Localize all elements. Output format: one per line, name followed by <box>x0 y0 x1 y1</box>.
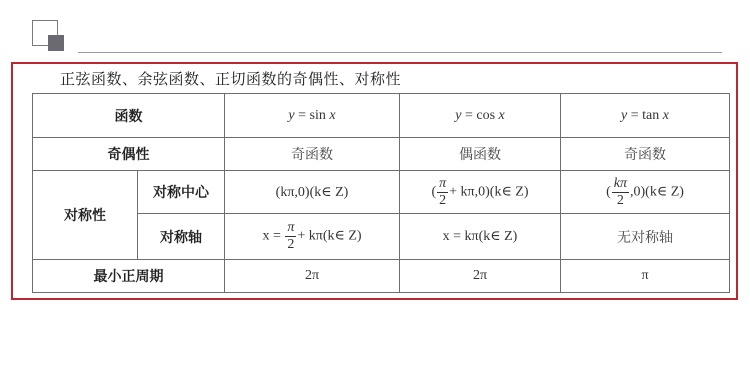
expression-rest: ,0)(k∈ Z) <box>630 184 684 199</box>
expression-rest: + kπ,0)(k∈ Z) <box>449 184 528 199</box>
fraction: π2 <box>437 177 448 208</box>
fn-sin: sin <box>310 108 330 123</box>
fraction: π2 <box>285 221 296 252</box>
paren: ( <box>431 184 436 199</box>
table-row-parity: 奇偶性 奇函数 偶函数 奇函数 <box>33 138 730 171</box>
subheader-symmetry-center: 对称中心 <box>138 171 225 214</box>
row-header-symmetry: 对称性 <box>33 171 138 260</box>
header-divider <box>78 52 722 53</box>
header-tan: y = tan x <box>561 94 730 138</box>
table-row-functions: 函数 y = sin x y = cos x y = tan x <box>33 94 730 138</box>
section-title: 正弦函数、余弦函数、正切函数的奇偶性、对称性 <box>60 68 401 89</box>
axis-tan: 无对称轴 <box>561 214 730 260</box>
denominator: 2 <box>617 193 624 208</box>
numerator: π <box>437 177 448 193</box>
table-row-symmetry-axis: 对称轴 x = π2+ kπ(k∈ Z) x = kπ(k∈ Z) 无对称轴 <box>33 214 730 260</box>
table-row-period: 最小正周期 2π 2π π <box>33 260 730 293</box>
table-row-symmetry-center: 对称性 对称中心 (kπ,0)(k∈ Z) (π2+ kπ,0)(k∈ Z) (… <box>33 171 730 214</box>
var-x: x <box>663 108 669 123</box>
row-header-functions: 函数 <box>33 94 225 138</box>
numerator: kπ <box>612 177 629 193</box>
axis-sin: x = π2+ kπ(k∈ Z) <box>225 214 400 260</box>
parity-sin: 奇函数 <box>225 138 400 171</box>
center-cos: (π2+ kπ,0)(k∈ Z) <box>400 171 561 214</box>
period-cos: 2π <box>400 260 561 293</box>
row-header-parity: 奇偶性 <box>33 138 225 171</box>
period-sin: 2π <box>225 260 400 293</box>
paren: ( <box>606 184 611 199</box>
header-sin: y = sin x <box>225 94 400 138</box>
center-sin: (kπ,0)(k∈ Z) <box>225 171 400 214</box>
fraction: kπ2 <box>612 177 629 208</box>
decorative-square-filled <box>48 35 64 51</box>
subheader-symmetry-axis: 对称轴 <box>138 214 225 260</box>
equals: = <box>295 108 310 123</box>
denominator: 2 <box>287 237 294 252</box>
center-tan: (kπ2,0)(k∈ Z) <box>561 171 730 214</box>
var-x: x <box>499 108 505 123</box>
parity-tan: 奇函数 <box>561 138 730 171</box>
equals: = <box>627 108 642 123</box>
expression-rest: + kπ(k∈ Z) <box>297 229 361 244</box>
var-x: x <box>329 108 335 123</box>
numerator: π <box>285 221 296 237</box>
trig-properties-table: 函数 y = sin x y = cos x y = tan x 奇偶性 奇函数… <box>32 93 730 293</box>
expression-lhs: x = <box>262 229 284 244</box>
header-cos: y = cos x <box>400 94 561 138</box>
parity-cos: 偶函数 <box>400 138 561 171</box>
row-header-period: 最小正周期 <box>33 260 225 293</box>
axis-cos: x = kπ(k∈ Z) <box>400 214 561 260</box>
fn-cos: cos <box>476 108 498 123</box>
denominator: 2 <box>439 193 446 208</box>
fn-tan: tan <box>642 108 663 123</box>
period-tan: π <box>561 260 730 293</box>
equals: = <box>461 108 476 123</box>
